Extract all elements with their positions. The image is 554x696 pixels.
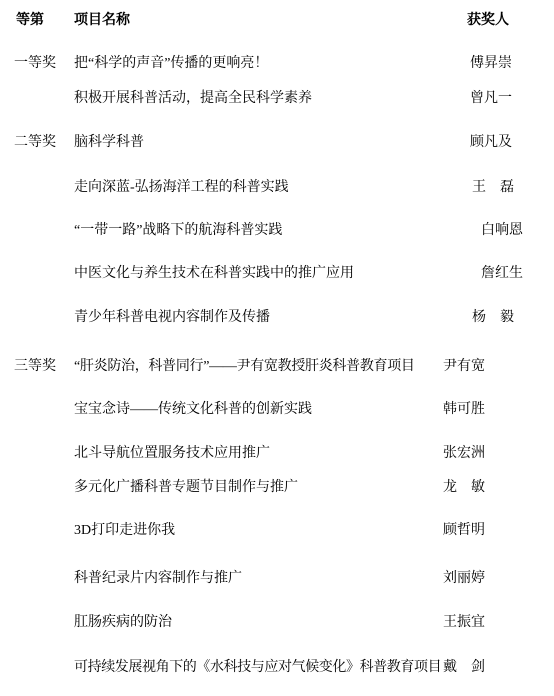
project-cell: 把“科学的声音”传播的更响亮！	[74, 57, 268, 71]
winner-cell: 顾哲明	[443, 524, 485, 538]
winner-cell: 王 磊	[472, 181, 514, 195]
winner-cell: 詹红生	[481, 267, 523, 281]
rank-cell: 一等奖	[14, 57, 56, 71]
winner-cell: 刘丽婷	[443, 572, 485, 586]
project-cell: 可持续发展视角下的《水科技与应对气候变化》科普教育项目	[74, 661, 441, 675]
winner-cell: 戴 剑	[443, 661, 485, 675]
rank-cell: 三等奖	[14, 360, 56, 374]
project-cell: 青少年科普电视内容制作及传播	[74, 311, 270, 325]
header-winner: 获奖人	[467, 14, 509, 28]
project-cell: 科普纪录片内容制作与推广	[74, 572, 242, 586]
winner-cell: 张宏洲	[443, 447, 485, 461]
winner-cell: 顾凡及	[470, 136, 512, 150]
winner-cell: 白响恩	[481, 224, 523, 238]
winner-cell: 龙 敏	[443, 481, 485, 495]
project-cell: 肛肠疾病的防治	[74, 616, 172, 630]
rank-cell: 二等奖	[14, 136, 56, 150]
winner-cell: 韩可胜	[443, 403, 485, 417]
project-cell: 脑科学科普	[74, 136, 144, 150]
project-cell: “肝炎防治，科普同行”——尹有宽教授肝炎科普教育项目	[74, 360, 415, 374]
project-cell: 3D打印走进你我	[74, 524, 175, 538]
winner-cell: 尹有宽	[443, 360, 485, 374]
project-cell: “一带一路”战略下的航海科普实践	[74, 224, 282, 238]
header-project: 项目名称	[74, 14, 130, 28]
winner-cell: 傅昇崇	[470, 57, 512, 71]
winner-cell: 王振宜	[443, 616, 485, 630]
winner-cell: 杨 毅	[472, 311, 514, 325]
project-cell: 积极开展科普活动，提高全民科学素养	[74, 92, 312, 106]
awards-document: 等第 项目名称 获奖人 一等奖 把“科学的声音”传播的更响亮！ 傅昇崇 积极开展…	[0, 0, 554, 696]
project-cell: 多元化广播科普专题节目制作与推广	[74, 481, 298, 495]
header-rank: 等第	[16, 14, 44, 28]
project-cell: 北斗导航位置服务技术应用推广	[74, 447, 270, 461]
project-cell: 走向深蓝-弘扬海洋工程的科普实践	[74, 181, 289, 195]
project-cell: 宝宝念诗——传统文化科普的创新实践	[74, 403, 312, 417]
project-cell: 中医文化与养生技术在科普实践中的推广应用	[74, 267, 354, 281]
winner-cell: 曾凡一	[470, 92, 512, 106]
